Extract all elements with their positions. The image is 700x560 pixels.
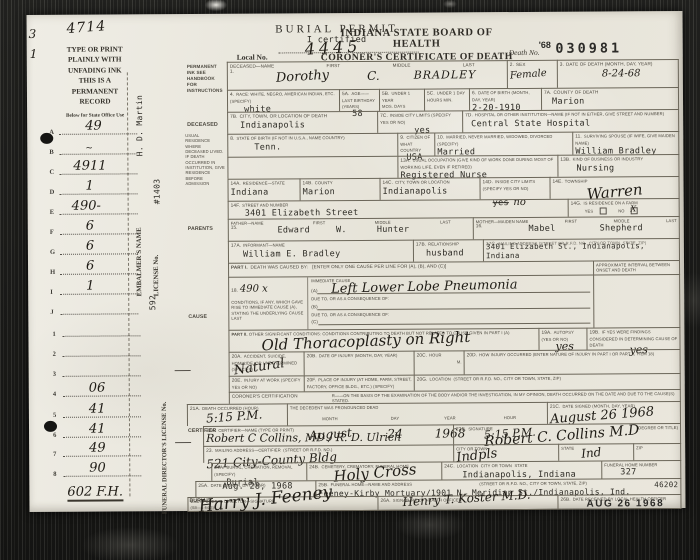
death-certificate-scan-page: { "margin": { "page_marks": ["3", "1"], … xyxy=(0,0,700,560)
state-office-line-e: E490- xyxy=(60,213,138,214)
field-number: 23. xyxy=(206,449,213,454)
yes-checkbox xyxy=(599,208,606,215)
field-number: 4. xyxy=(230,93,234,98)
residence-county-value: Marion xyxy=(303,187,378,197)
field-number: 21c. xyxy=(550,405,561,410)
field-number: 21a. xyxy=(190,407,200,412)
field-certifier-state: STATE Ind xyxy=(558,443,633,460)
field-certifier-zip: ZIP xyxy=(633,443,681,460)
field-number: 17c. xyxy=(486,242,497,247)
location-label: LOCATION xyxy=(457,463,478,468)
field-label: DATE OF BIRTH (MONTH, DAY, YEAR) xyxy=(472,90,530,103)
license-number-value: #1403 xyxy=(152,156,161,204)
row-occupation: 13a.USUAL OCCUPATION (GIVE KIND OF WORK … xyxy=(185,154,679,179)
line-key: 3 xyxy=(53,371,56,378)
line-key: I xyxy=(50,289,53,296)
row-cause-lines: 18.490 x CONDITIONS, IF ANY, WHICH GAVE … xyxy=(186,274,680,330)
field-health-officer-signature: 26a.SIGNATURE OF HEALTH OFFICER Henry T.… xyxy=(377,495,557,510)
notice-line: UNFADING INK xyxy=(54,65,136,76)
field-disposition-location: 24c.LOCATION CITY OR TOWN STATE Indianap… xyxy=(441,461,601,480)
cause-a-value: Left Lower Lobe Pneumonia xyxy=(331,278,518,297)
field-label: RESIDENCE—STATE xyxy=(243,180,285,185)
part1-label: PART I. xyxy=(231,265,248,270)
field-label: INFORMANT—NAME xyxy=(243,242,285,247)
field-label: CITY, TOWN, OR LOCATION OF DEATH xyxy=(240,113,328,119)
cause-line-c-rule xyxy=(318,316,590,326)
row-signatures: 25c.FUNERAL DIRECTOR—SIGNATURE (SB—6-64-… xyxy=(187,494,681,511)
field-inside-city-limits-death: 7c.INSIDE CITY LIMITS (SPECIFY YES OR NO… xyxy=(377,110,462,133)
hour-m-suffix: M. xyxy=(417,360,462,366)
field-hour-of-injury: 20c.HOUR M. xyxy=(414,350,464,374)
state-header: STATE xyxy=(514,463,527,468)
line-key: J xyxy=(50,309,53,316)
field-label: SURVIVING SPOUSE (IF WIFE, GIVE MAIDEN N… xyxy=(575,133,675,146)
line-value: 41 xyxy=(89,422,106,437)
farm-yes-label: YES xyxy=(585,209,594,214)
state-office-line-f: F6 xyxy=(60,233,138,234)
row-injury-top: 20a.ACCIDENT, SUICIDE, HOMICIDE, OR UNDE… xyxy=(187,349,681,376)
field-date-of-death: 3.DATE OF DEATH (MONTH, DAY, YEAR) 8-24-… xyxy=(557,59,679,88)
field-manner-of-death: 20a.ACCIDENT, SUICIDE, HOMICIDE, OR UNDE… xyxy=(229,351,304,375)
cause-line-a-rule: Left Lower Lobe Pneumonia xyxy=(318,282,591,295)
field-number: 16. xyxy=(476,225,483,235)
line-key: F xyxy=(50,229,54,236)
line-value: 490- xyxy=(72,199,101,214)
field-label: HOUR xyxy=(429,352,441,357)
field-findings-considered: 19b.IF YES WERE FINDINGS CONSIDERED IN D… xyxy=(586,327,680,350)
field-under-1-day: 5c.UNDER 1 DAY HOURS MIN. xyxy=(424,88,469,110)
state-office-line-c: C4911 xyxy=(59,173,137,174)
field-state-of-birth: 8.STATE OF BIRTH (IF NOT IN U.S.A., NAME… xyxy=(227,133,397,157)
field-number: 9. xyxy=(400,136,404,141)
signature-label: SIGNATURE xyxy=(468,426,493,431)
field-number: 6. xyxy=(472,91,476,96)
field-sex: 2.SEX Female xyxy=(507,60,557,88)
residence-state-value: Indiana xyxy=(231,188,298,198)
permanent-record-notice: TYPE OR PRINT PLAINLY WITH UNFADING INK … xyxy=(54,44,136,107)
field-label: DATE OF DEATH (MONTH, DAY, YEAR) xyxy=(566,61,653,67)
cause-line-a: (a) Left Lower Lobe Pneumonia xyxy=(311,282,590,295)
field-other-significant-conditions: PART II. OTHER SIGNIFICANT CONDITIONS: C… xyxy=(228,328,538,352)
field-label: BURIAL, CREMATION, REMOVAL (SPECIFY) xyxy=(214,464,292,477)
field-number: 19b. xyxy=(589,331,599,336)
field-number: 14b. xyxy=(303,181,313,186)
farm-checkboxes: YES NOX xyxy=(585,207,677,215)
row-pronounced-dead: 21a.DEATH OCCURRED (HOUR) 5:15 P.M. THE … xyxy=(187,401,681,426)
field-label: USUAL OCCUPATION (GIVE KIND OF WORK DONE… xyxy=(400,157,553,170)
field-funeral-director-signature: 25c.FUNERAL DIRECTOR—SIGNATURE (SB—6-64-… xyxy=(187,496,377,511)
farm-x-mark: X xyxy=(631,205,637,214)
field-label: TOWNSHIP xyxy=(565,179,588,184)
field-number: 1. xyxy=(230,70,234,85)
line-value: 6 xyxy=(86,239,94,254)
row-place-of-death: 7b.CITY, TOWN, OR LOCATION OF DEATH Indi… xyxy=(185,109,679,134)
interval-label: APPROXIMATE INTERVAL BETWEEN ONSET AND D… xyxy=(596,262,677,273)
field-label: STATE OF BIRTH (IF NOT IN U.S.A., NAME C… xyxy=(236,135,344,141)
field-label: MAILING ADDRESS—CERTIFIER xyxy=(215,447,281,452)
line-key: H xyxy=(50,269,55,276)
field-label: KIND OF BUSINESS OR INDUSTRY xyxy=(573,156,644,161)
field-number: 2. xyxy=(510,63,514,68)
part1-caused-by: DEATH WAS CAUSED BY: xyxy=(250,264,308,269)
conditions-note: CONDITIONS, IF ANY, WHICH GAVE RISE TO I… xyxy=(231,299,305,321)
field-residence-inside-limits: 14d.INSIDE CITY LIMITS (SPECIFY YES OR N… xyxy=(479,177,549,199)
residence-city-value: Indianapolis xyxy=(383,186,478,197)
state-office-line-a: A49 xyxy=(59,133,137,134)
field-number: 7b. xyxy=(230,115,238,120)
funeral-director-license-label: FUNERAL DIRECTOR'S LICENSE No. xyxy=(161,346,169,514)
field-certifier-name: 22a.CERTIFIER—NAME (TYPE OR PRINT) Rober… xyxy=(203,424,453,446)
field-number: 26a. xyxy=(380,499,390,504)
certificate-paper: 3 1 4714 TYPE OR PRINT PLAINLY WITH UNFA… xyxy=(26,11,685,512)
field-certifier-signature: 22b.SIGNATURE (DEGREE OR TITLE) Robert C… xyxy=(453,423,681,444)
field-autopsy: 19a.AUTOPSY (YES OR NO) yes xyxy=(538,328,586,350)
line-key: 1 xyxy=(52,331,55,338)
field-residence-county: 14b.COUNTY Marion xyxy=(299,178,379,200)
mother-values: 16. Mabel Shepherd xyxy=(476,223,677,234)
month-header: MONTH xyxy=(322,416,338,421)
local-no-label: Local No. xyxy=(237,53,268,62)
field-residence-on-farm: 14g.IS RESIDENCE ON A FARM YES NOX xyxy=(568,198,680,217)
last-header: LAST xyxy=(666,218,677,223)
under-1-year-subheads: MOS. DAYS xyxy=(382,103,422,109)
deceased-name-label: DECEASED—NAME xyxy=(230,63,274,69)
hospital-value: Central State Hospital xyxy=(471,118,676,129)
state-office-line-i: I1 xyxy=(60,293,138,294)
field-label: RELATIONSHIP xyxy=(428,241,459,246)
cause-line-c: (c) xyxy=(311,316,590,326)
funeral-home-zip: 46202 xyxy=(654,480,678,489)
field-number: 22b. xyxy=(456,427,466,432)
zip-label: ZIP xyxy=(636,445,678,451)
field-number: 20a. xyxy=(232,355,242,360)
field-number: 17a. xyxy=(231,244,241,249)
field-citizen: 9.CITIZEN OF WHAT COUNTRY USA xyxy=(397,133,434,156)
line-value: 90 xyxy=(89,461,106,476)
field-number: 19a. xyxy=(541,331,551,336)
field-surviving-spouse: 11.SURVIVING SPOUSE (IF WIFE, GIVE MAIDE… xyxy=(572,131,679,155)
field-label: COUNTY xyxy=(315,180,333,185)
cause-margin: 18.490 x CONDITIONS, IF ANY, WHICH GAVE … xyxy=(229,277,307,329)
field-number: 3. xyxy=(560,63,564,68)
row-part2: PART II. OTHER SIGNIFICANT CONDITIONS: C… xyxy=(186,327,680,352)
field-residence-city: 14c.CITY, TOWN OR LOCATION Indianapolis xyxy=(379,177,479,200)
state-office-line-g: G6 xyxy=(60,253,138,254)
field-deceased-name: DECEASED—NAME FIRST MIDDLE LAST 1. Dorot… xyxy=(227,60,507,90)
row-residence: 14a.RESIDENCE—STATE Indiana 14b.COUNTY M… xyxy=(185,176,679,201)
row-race-age: 4.RACE: WHITE, NEGRO, AMERICAN INDIAN, E… xyxy=(185,87,679,112)
field-number: 20b. xyxy=(307,354,317,359)
field-label: HOSPITAL OR OTHER INSTITUTION—NAME (IF N… xyxy=(475,111,664,117)
line-value: 6 xyxy=(86,219,94,234)
code-592: 592 xyxy=(148,280,157,310)
middle-name-value: C. xyxy=(367,69,380,84)
field-number: 15. xyxy=(231,226,238,236)
hole-punch-bottom xyxy=(44,421,57,432)
field-number: 24a. xyxy=(214,466,224,471)
father-middle: W. xyxy=(336,225,347,235)
cause-code-handwritten: 490 x xyxy=(240,284,268,295)
line-key: D xyxy=(50,189,55,196)
field-label: DATE OF INJURY (MONTH, DAY, YEAR) xyxy=(319,353,398,358)
coroner-certification-label: CORONER'S CERTIFICATION xyxy=(232,393,324,404)
field-number: 24c. xyxy=(444,464,455,469)
footer-tally-note: 602 F.H. xyxy=(67,484,123,501)
interval-column-header: APPROXIMATE INTERVAL BETWEEN ONSET AND D… xyxy=(593,260,680,275)
line-key: 6 xyxy=(53,432,56,439)
field-label: RACE: WHITE, NEGRO, AMERICAN INDIAN, ETC… xyxy=(230,91,335,104)
field-label: CITY, TOWN OR LOCATION xyxy=(395,179,450,184)
field-township: 14e.TOWNSHIP Warren xyxy=(549,176,679,199)
field-death-occurred-hour: 21a.DEATH OCCURRED (HOUR) 5:15 P.M. xyxy=(187,403,287,426)
page-mark-3: 3 xyxy=(29,27,37,41)
field-number: 7c. xyxy=(380,114,388,119)
date-received-stamp: AUG 26 1968 xyxy=(586,498,664,509)
cause-line-b: (b) xyxy=(311,300,590,310)
field-label: INSIDE CITY LIMITS (SPECIFY YES OR NO) xyxy=(380,112,451,125)
field-disposition: 24a.BURIAL, CREMATION, REMOVAL (SPECIFY)… xyxy=(211,462,306,481)
embalmer-name-value: H. D. Martin xyxy=(135,92,144,156)
field-date-received: 26b.DATE RECEIVED BY LOCAL HEALTH OFFICE… xyxy=(557,494,681,509)
embalmer-name-label: EMBALMER'S NAME xyxy=(136,212,144,296)
death-no-value: 030981 xyxy=(555,40,622,56)
line-key: E xyxy=(50,209,54,216)
line-value: 49 xyxy=(89,441,106,456)
field-street-and-number: 14f.STREET AND NUMBER 3401 Elizabeth Str… xyxy=(228,199,568,219)
line-key: 4 xyxy=(53,391,56,398)
state-office-line-d: D1 xyxy=(60,193,138,194)
state-board-header: INDIANA STATE BOARD OF HEALTH CORONER'S … xyxy=(317,27,517,63)
field-number: 5b. xyxy=(382,92,390,97)
date-of-death-value: 8-24-68 xyxy=(602,68,676,79)
line-key: 5 xyxy=(53,412,56,419)
field-number: 11. xyxy=(575,135,582,140)
first-name-value: Dorothy xyxy=(275,68,329,86)
county-of-death-value: Marion xyxy=(552,96,676,107)
field-number: 14a. xyxy=(231,182,241,187)
certificate-form-grid: DECEASED—NAME FIRST MIDDLE LAST 1. Dorot… xyxy=(185,59,682,512)
field-label: MARRIED, NEVER MARRIED, WIDOWED, DIVORCE… xyxy=(437,134,552,147)
field-how-injury-occurred: 20d.HOW INJURY OCCURRED (ENTER NATURE OF… xyxy=(464,349,681,374)
industry-value: Nursing xyxy=(576,163,676,174)
first-header: FIRST xyxy=(313,220,325,225)
row-deceased-name: DECEASED—NAME FIRST MIDDLE LAST 1. Dorot… xyxy=(185,59,679,90)
cause-line-b-rule xyxy=(318,300,591,310)
funeral-home-number-value: 327 xyxy=(620,467,678,477)
field-pronounced-dead: THE DECEDENT WAS PRONOUNCED DEAD MONTHAu… xyxy=(287,402,547,426)
death-no-prefix: '68 xyxy=(539,40,551,50)
notice-line: TYPE OR PRINT xyxy=(54,44,136,55)
farm-no-label: NO xyxy=(618,208,624,213)
field-label: LOCATION xyxy=(430,376,451,381)
field-number: 8. xyxy=(230,137,234,142)
row-birth-citizen-marital: 8.STATE OF BIRTH (IF NOT IN U.S.A., NAME… xyxy=(185,131,679,157)
hour-header: HOUR xyxy=(504,415,516,420)
field-number: 14g. xyxy=(571,202,582,207)
field-industry: 13b.KIND OF BUSINESS OR INDUSTRY Nursing xyxy=(557,154,679,177)
state-of-birth-value: Tenn. xyxy=(254,142,395,153)
father-last: Hunter xyxy=(377,225,410,235)
line-key: B xyxy=(49,149,53,156)
field-label: STREET AND NUMBER xyxy=(242,202,288,207)
panel-divider xyxy=(127,72,131,496)
relationship-value: husband xyxy=(426,248,481,258)
notice-line: RECORD xyxy=(54,97,136,108)
field-number: 13b. xyxy=(560,158,570,163)
line-value: 6 xyxy=(86,259,94,274)
death-no-stamp: '68 030981 xyxy=(539,39,622,58)
field-label: CITIZEN OF WHAT COUNTRY xyxy=(400,135,430,153)
line-value: 41 xyxy=(89,402,106,417)
field-number: 20g. xyxy=(417,378,428,383)
field-date-of-birth: 6.DATE OF BIRTH (MONTH, DAY, YEAR) 2-20-… xyxy=(469,88,541,110)
field-number: 20f. xyxy=(307,378,316,383)
field-cemetery: 24b.CEMETERY, CREMATORY, FUNERAL HOME Ho… xyxy=(306,461,441,480)
field-informant-mailing-address: 17c.MAILING ADDRESS (STREET OR R.F.D. NO… xyxy=(483,238,680,261)
informant-value: William E. Bradley xyxy=(243,249,411,260)
injury-location-sub: (STREET OR R.F.D. NO., CITY OR TOWN, STA… xyxy=(453,376,561,382)
city-header: CITY OR TOWN xyxy=(481,463,512,468)
line-key: G xyxy=(50,249,55,256)
mother-last: Shepherd xyxy=(600,224,643,234)
interval-column-body xyxy=(593,274,680,328)
field-number: 14e. xyxy=(553,180,563,185)
field-number: 24b. xyxy=(309,465,319,470)
city-of-death-value: Indianapolis xyxy=(240,120,375,131)
row-informant: 17a.INFORMANT—NAME William E. Bradley 17… xyxy=(186,238,680,263)
field-label: COUNTY OF DEATH xyxy=(553,90,598,95)
field-number: 7d. xyxy=(465,113,473,118)
no-checkbox: X xyxy=(631,208,638,215)
board-title: INDIANA STATE BOARD OF HEALTH xyxy=(317,27,517,50)
mother-label: MOTHER—MAIDEN NAME xyxy=(476,219,529,225)
mother-first: Mabel xyxy=(528,224,555,234)
year-header: YEAR xyxy=(444,416,456,421)
first-header: FIRST xyxy=(565,219,577,224)
notice-line: PERMANENT xyxy=(54,86,136,97)
under-1-day-subheads: HOURS MIN. xyxy=(427,98,467,104)
day-header: DAY xyxy=(391,416,399,421)
field-residence-state: 14a.RESIDENCE—STATE Indiana xyxy=(227,178,299,200)
cause-lines: IMMEDIATE CAUSE (a) Left Lower Lobe Pneu… xyxy=(307,276,593,330)
field-number: 14d. xyxy=(483,180,494,185)
field-number: 10. xyxy=(437,135,444,140)
field-number: 20c. xyxy=(417,354,428,359)
certifier-state-value: Ind xyxy=(581,442,632,461)
field-relationship: 17b.RELATIONSHIP husband xyxy=(413,239,483,261)
field-number: 13a. xyxy=(400,159,410,164)
field-father-name: FATHER—NAME FIRST MIDDLE LAST 15. Edward… xyxy=(228,217,473,240)
field-number: 26b. xyxy=(560,498,570,503)
part2-label: PART II. xyxy=(231,332,247,337)
cause-of-death-cell: 18.490 x CONDITIONS, IF ANY, WHICH GAVE … xyxy=(228,275,593,330)
field-injury-at-work: 20e.INJURY AT WORK (SPECIFY YES OR NO) xyxy=(229,375,304,391)
row-parents: FATHER—NAME FIRST MIDDLE LAST 15. Edward… xyxy=(186,216,680,241)
field-certifier-city: CITY OR TOWN Indpls xyxy=(453,444,558,462)
state-office-line-h: H6 xyxy=(60,273,138,274)
death-no-label: Death No. xyxy=(509,48,540,57)
last-name-value: BRADLEY xyxy=(414,68,477,83)
field-county-of-death: 7a.COUNTY OF DEATH Marion xyxy=(541,87,679,110)
notice-line: THIS IS A xyxy=(54,76,136,87)
line-key: A xyxy=(49,129,54,136)
field-number: 18. xyxy=(231,289,238,294)
field-number: 14f. xyxy=(231,204,240,209)
line-key: C xyxy=(49,169,54,176)
handwritten-top-number: 4714 xyxy=(66,18,107,37)
field-label: MAILING ADDRESS (STREET OR R.F.D. NO., C… xyxy=(498,240,646,246)
field-under-1-year: 5b.UNDER 1 YEAR MOS. DAYS xyxy=(379,89,424,111)
notice-line: PLAINLY WITH xyxy=(54,55,136,66)
field-city-of-death: 7b.CITY, TOWN, OR LOCATION OF DEATH Indi… xyxy=(227,111,377,134)
field-race: 4.RACE: WHITE, NEGRO, AMERICAN INDIAN, E… xyxy=(227,89,339,112)
field-label: FUNERAL HOME—NAME AND ADDRESS xyxy=(331,482,412,487)
field-number: 7a. xyxy=(544,91,552,96)
line-value: 1 xyxy=(85,179,93,194)
line-value: 4911 xyxy=(73,159,106,174)
line-value: 49 xyxy=(85,119,102,134)
line-value: ~ xyxy=(85,144,93,154)
field-label: HOW INJURY OCCURRED (ENTER NATURE OF INJ… xyxy=(479,351,654,357)
part1-instruction: [ENTER ONLY ONE CAUSE PER LINE FOR (a), … xyxy=(312,263,446,269)
sex-value: Female xyxy=(510,67,556,81)
line-key: 2 xyxy=(53,351,56,358)
name-values: 1. Dorothy C. BRADLEY xyxy=(230,68,505,85)
field-label: PLACE OF INJURY (AT HOME, FARM, STREET, … xyxy=(307,377,412,390)
line-key: 8 xyxy=(53,471,56,478)
field-funeral-home-number: FUNERAL HOME NUMBER 327 xyxy=(601,460,681,478)
field-number: 5c. xyxy=(427,92,435,97)
middle-header: MIDDLE xyxy=(393,63,411,69)
field-mother-name: MOTHER—MAIDEN NAME FIRST MIDDLE LAST 16.… xyxy=(473,216,680,239)
field-label: DATE SIGNED xyxy=(562,404,591,409)
field-label: INJURY AT WORK (SPECIFY YES OR NO) xyxy=(232,377,301,390)
field-occupation: 13a.USUAL OCCUPATION (GIVE KIND OF WORK … xyxy=(397,155,557,178)
field-label: SEX xyxy=(516,62,526,67)
state-office-line-j: J xyxy=(60,313,138,314)
line-value: 1 xyxy=(86,279,94,294)
field-number: 5a. xyxy=(342,92,350,97)
father-first: Edward xyxy=(277,226,310,236)
last-header: LAST xyxy=(440,219,451,224)
state-office-line-b: B~ xyxy=(59,153,137,154)
father-values: 15. Edward W. Hunter xyxy=(231,225,471,236)
field-number: 20e. xyxy=(232,379,242,384)
field-label: UNDER 1 DAY xyxy=(437,90,465,95)
field-number: 17b. xyxy=(416,243,426,248)
field-date-of-injury: 20b.DATE OF INJURY (MONTH, DAY, YEAR) xyxy=(304,351,414,376)
certifier-name-value: Robert C Collins, MD / R. D. Ulrich xyxy=(206,431,451,445)
field-marital-status: 10.MARRIED, NEVER MARRIED, WIDOWED, DIVO… xyxy=(434,132,572,156)
field-injury-location: 20g.LOCATION (STREET OR R.F.D. NO., CITY… xyxy=(414,373,681,391)
field-age: 5a.AGE——LAST BIRTHDAY (YEARS) 58 xyxy=(339,89,379,111)
line-key: 7 xyxy=(53,451,56,458)
field-hospital: 7d.HOSPITAL OR OTHER INSTITUTION—NAME (I… xyxy=(462,109,679,132)
page-mark-1: 1 xyxy=(30,47,38,61)
field-number: 14c. xyxy=(383,181,394,186)
field-number: 25a. xyxy=(198,484,208,489)
line-value: 06 xyxy=(89,381,106,396)
field-number: 20d. xyxy=(467,353,478,358)
field-blank xyxy=(227,156,397,179)
field-place-of-injury: 20f.PLACE OF INJURY (AT HOME, FARM, STRE… xyxy=(304,375,414,392)
field-informant: 17a.INFORMANT—NAME William E. Bradley xyxy=(228,240,413,263)
